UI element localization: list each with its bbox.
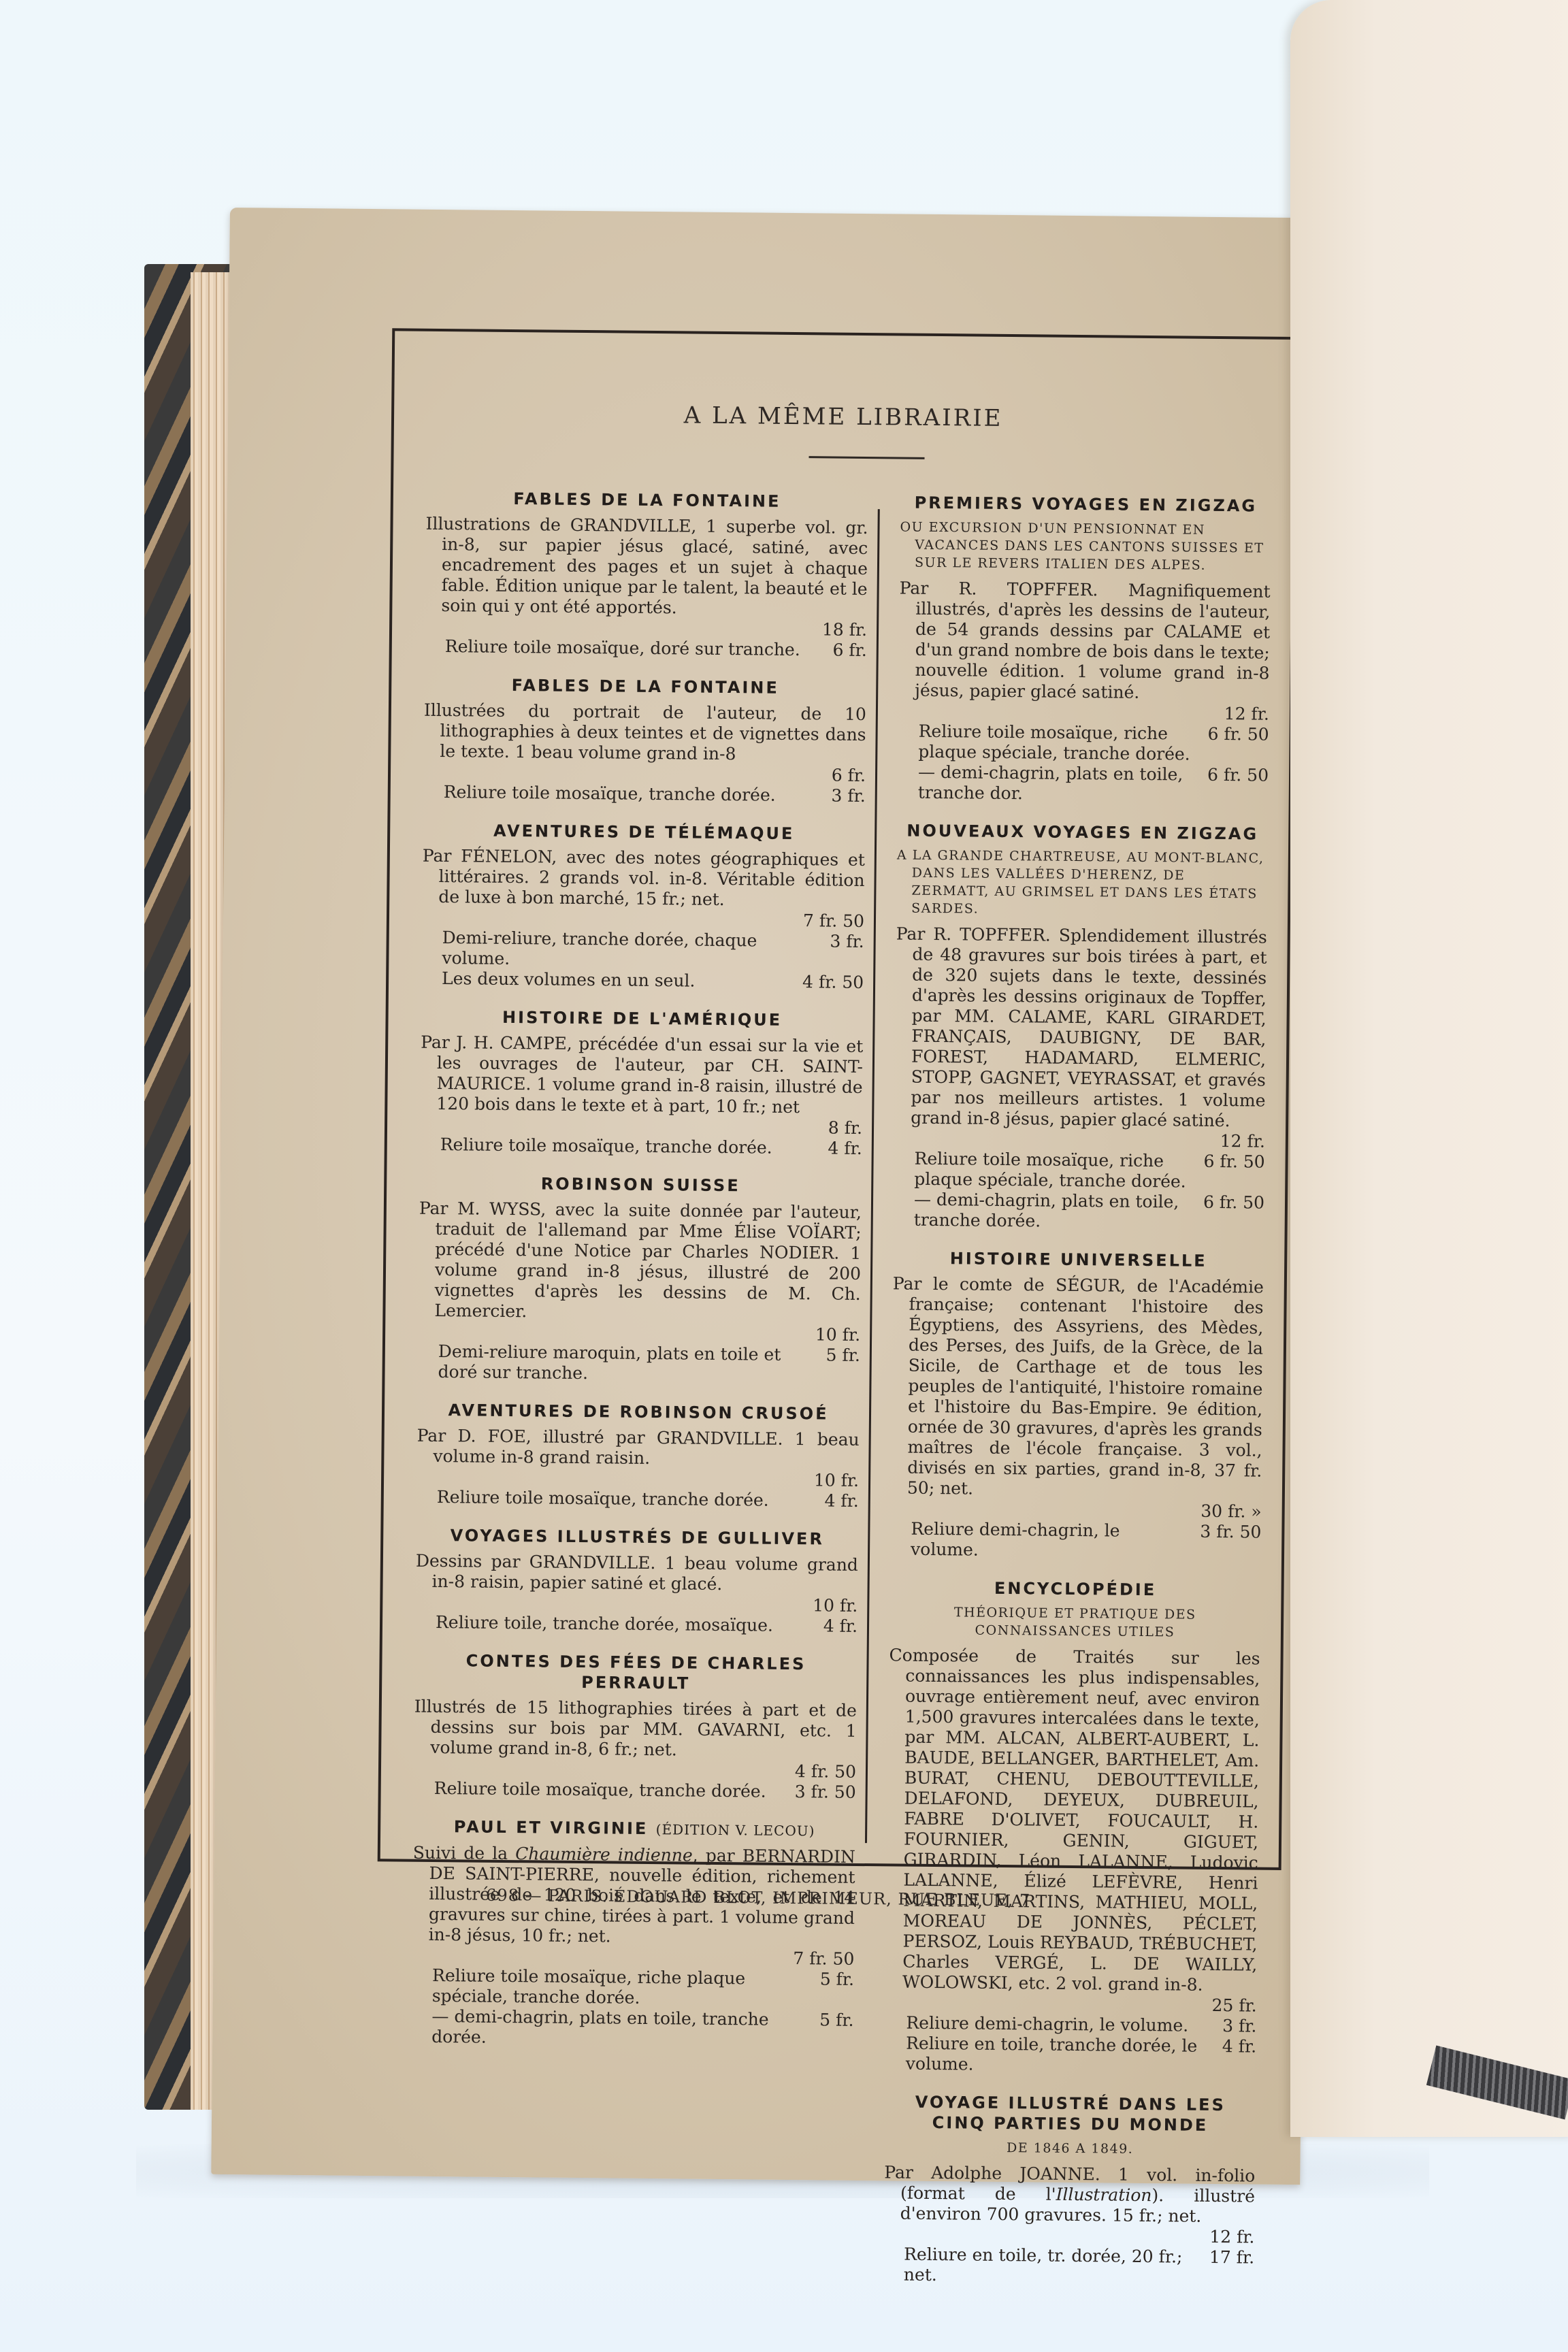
option-price: 6 fr. [823, 640, 867, 661]
binding-option: Reliure toile mosaïque, tranche dorée.3 … [423, 782, 866, 806]
option-label: Reliure toile mosaïque, riche plaque spé… [914, 1149, 1194, 1192]
entry-title: FABLES DE LA FONTAINE [426, 488, 868, 512]
entry-title: VOYAGES ILLUSTRÉS DE GULLIVER [416, 1525, 858, 1550]
option-price: 6 fr. 50 [1194, 1192, 1264, 1213]
entry-description: Dessins par GRANDVILLE. 1 beau volume gr… [415, 1551, 858, 1596]
entry-title: PREMIERS VOYAGES EN ZIGZAG [900, 492, 1271, 516]
entry-subtitle: A LA GRANDE CHARTREUSE, AU MONT-BLANC, D… [896, 846, 1268, 920]
entry-description: Par FÉNELON, avec des notes géographique… [422, 846, 865, 911]
entry-description: Illustrés de 15 lithographies tirées à p… [414, 1697, 857, 1762]
entry-title: HISTOIRE UNIVERSELLE [893, 1247, 1264, 1271]
option-label: Demi-reliure maroquin, plats en toile et… [438, 1341, 816, 1386]
option-label: — demi-chagrin, plats en toile, tranche … [918, 762, 1198, 806]
binding-option: Reliure toile mosaïque, riche plaque spé… [898, 721, 1269, 765]
entry-description: Par D. FOE, illustré par GRANDVILLE. 1 b… [416, 1426, 860, 1471]
entry-title: FABLES DE LA FONTAINE [424, 674, 866, 699]
entry-title: HISTOIRE DE L'AMÉRIQUE [421, 1007, 863, 1031]
binding-option: Reliure toile, tranche dorée, mosaïque.4… [415, 1612, 857, 1637]
option-label: Reliure toile mosaïque, tranche dorée. [440, 1134, 772, 1158]
option-price: 17 fr. [1200, 2247, 1254, 2268]
option-price: 5 fr. [816, 1345, 860, 1366]
entry-title: AVENTURES DE TÉLÉMAQUE [423, 820, 865, 845]
binding-option: Reliure toile mosaïque, tranche dorée.4 … [416, 1487, 859, 1512]
option-label: Reliure demi-chagrin, le volume. [911, 1519, 1191, 1563]
option-label: Reliure en toile, tr. dorée, 20 fr.; net… [904, 2244, 1200, 2288]
entry-title: CONTES DES FÉES DE CHARLES PERRAULT [414, 1650, 857, 1695]
header-rule [809, 456, 925, 459]
binding-option: Reliure toile mosaïque, doré sur tranche… [425, 636, 867, 661]
column-divider [865, 509, 880, 1843]
entry-subtitle: OU EXCURSION D'UN PENSIONNAT EN VACANCES… [900, 518, 1271, 574]
catalog-entry: ENCYCLOPÉDIE THÉORIQUE ET PRATIQUE DES C… [885, 1577, 1261, 2077]
option-price: 5 fr. [810, 2010, 854, 2031]
option-label: Reliure toile mosaïque, tranche dorée. [444, 782, 776, 806]
option-label: Demi-reliure, tranche dorée, chaque volu… [442, 928, 820, 972]
left-column: FABLES DE LA FONTAINE Illustrations de G… [411, 488, 868, 2069]
option-price: 6 fr. 50 [1198, 765, 1269, 786]
right-column: PREMIERS VOYAGES EN ZIGZAG OU EXCURSION … [883, 492, 1271, 2306]
catalog-entry: HISTOIRE DE L'AMÉRIQUE Par J. H. CAMPE, … [420, 1007, 864, 1159]
binding-option: — demi-chagrin, plats en toile, tranche … [411, 2006, 854, 2051]
binding-option: Les deux volumes en un seul.4 fr. 50 [421, 968, 864, 993]
binding-option: — demi-chagrin, plats en toile, tranche … [898, 762, 1269, 806]
catalog-entry: VOYAGES ILLUSTRÉS DE GULLIVER Dessins pa… [415, 1525, 858, 1637]
entry-description: Par le comte de SÉGUR, de l'Académie fra… [891, 1273, 1264, 1501]
binding-option: Demi-reliure maroquin, plats en toile et… [417, 1341, 860, 1386]
binding-option: — demi-chagrin, plats en toile, tranche … [894, 1189, 1265, 1233]
option-price: 4 fr. 50 [793, 972, 864, 993]
option-price: 5 fr. [811, 1969, 855, 1990]
binding-option: Demi-reliure, tranche dorée, chaque volu… [421, 928, 864, 973]
entry-description: Illustrations de GRANDVILLE, 1 superbe v… [425, 514, 868, 620]
catalog-entry: NOUVEAUX VOYAGES EN ZIGZAG A LA GRANDE C… [894, 820, 1269, 1233]
binding-option: Reliure toile mosaïque, riche plaque spé… [412, 1965, 855, 2010]
option-price: 6 fr. 50 [1194, 1151, 1264, 1173]
option-price: 3 fr. [820, 931, 864, 952]
catalog-entry: FABLES DE LA FONTAINE Illustrées du port… [423, 674, 867, 806]
option-label: — demi-chagrin, plats en toile, tranche … [431, 2006, 810, 2051]
option-label: Les deux volumes en un seul. [442, 968, 696, 992]
option-price: 4 fr. [1213, 2036, 1257, 2057]
option-price: 3 fr. [821, 785, 866, 806]
option-label: Reliure toile mosaïque, tranche dorée. [434, 1778, 766, 1802]
catalog-entry: FABLES DE LA FONTAINE Illustrations de G… [425, 488, 868, 661]
page-frame: A LA MÊME LIBRAIRIE FABLES DE LA FONTAIN… [378, 328, 1296, 1870]
entry-description: Par R. TOPFFER. Magnifiquement illustrés… [898, 578, 1271, 704]
option-label: Reliure demi-chagrin, le volume. [906, 2013, 1188, 2036]
entry-subtitle: DE 1846 A 1849. [885, 2138, 1256, 2159]
entry-title-note: (ÉDITION V. LECOU) [656, 1821, 815, 1839]
entry-description: Par M. WYSS, avec la suite donnée par l'… [418, 1198, 862, 1325]
page-header: A LA MÊME LIBRAIRIE [394, 399, 1292, 435]
option-price: 4 fr. [815, 1490, 859, 1512]
entry-subtitle: THÉORIQUE ET PRATIQUE DES CONNAISSANCES … [889, 1603, 1260, 1641]
binding-option: Reliure toile mosaïque, riche plaque spé… [894, 1148, 1265, 1192]
option-label: Reliure toile, tranche dorée, mosaïque. [436, 1612, 773, 1636]
binding-option: Reliure demi-chagrin, le volume.3 fr. 50 [890, 1518, 1262, 1563]
entry-title: ENCYCLOPÉDIE [889, 1577, 1260, 1601]
entry-description: Par J. H. CAMPE, précédée d'un essai sur… [420, 1032, 863, 1118]
catalog-entry: ROBINSON SUISSE Par M. WYSS, avec la sui… [417, 1173, 862, 1386]
entry-description: Composée de Traités sur les connaissance… [886, 1645, 1260, 1995]
catalog-entry: AVENTURES DE TÉLÉMAQUE Par FÉNELON, avec… [421, 820, 865, 993]
option-label: Reliure toile mosaïque, tranche dorée. [437, 1487, 769, 1511]
option-price: 3 fr. 50 [1190, 1522, 1261, 1543]
catalog-entry: PREMIERS VOYAGES EN ZIGZAG OU EXCURSION … [898, 492, 1271, 806]
binding-option: Reliure en toile, tr. dorée, 20 fr.; net… [883, 2244, 1255, 2288]
option-label: Reliure toile mosaïque, riche plaque spé… [918, 721, 1198, 765]
option-price: 3 fr. 50 [785, 1782, 856, 1803]
description-italic: Chaumière indienne [515, 1844, 693, 1865]
catalog-entry: AVENTURES DE ROBINSON CRUSOÉ Par D. FOE,… [416, 1400, 860, 1512]
entry-title: NOUVEAUX VOYAGES EN ZIGZAG [897, 820, 1268, 844]
option-price: 4 fr. [814, 1616, 858, 1637]
option-price: 4 fr. [818, 1138, 862, 1159]
entry-title: ROBINSON SUISSE [419, 1173, 862, 1197]
description-text: Suivi de la [413, 1843, 516, 1863]
description-italic: Illustration [1056, 2185, 1151, 2205]
option-price: 6 fr. 50 [1198, 724, 1269, 745]
binding-option: Reliure toile mosaïque, tranche dorée.3 … [414, 1778, 856, 1803]
option-price: 3 fr. [1213, 2016, 1257, 2037]
entry-title: PAUL ET VIRGINIE (ÉDITION V. LECOU) [413, 1816, 855, 1842]
option-label: Reliure toile mosaïque, riche plaque spé… [432, 1965, 811, 2010]
entry-title-text: PAUL ET VIRGINIE [454, 1817, 649, 1838]
entry-title: VOYAGE ILLUSTRÉ DANS LES CINQ PARTIES DU… [885, 2091, 1256, 2136]
entry-description: Illustrées du portrait de l'auteur, de 1… [423, 700, 866, 766]
catalog-page: A LA MÊME LIBRAIRIE FABLES DE LA FONTAIN… [211, 208, 1319, 2185]
binding-option: Reliure toile mosaïque, tranche dorée.4 … [420, 1134, 862, 1159]
catalog-entry: VOYAGE ILLUSTRÉ DANS LES CINQ PARTIES DU… [883, 2091, 1256, 2288]
catalog-entry: HISTOIRE UNIVERSELLE Par le comte de SÉG… [890, 1247, 1264, 1563]
option-label: — demi-chagrin, plats en toile, tranche … [914, 1190, 1194, 1233]
binding-option: Reliure en toile, tranche dorée, le volu… [885, 2033, 1257, 2077]
catalog-entry: CONTES DES FÉES DE CHARLES PERRAULT Illu… [414, 1650, 857, 1803]
option-label: Reliure toile mosaïque, doré sur tranche… [445, 636, 800, 660]
entry-title: AVENTURES DE ROBINSON CRUSOÉ [417, 1400, 860, 1424]
entry-description: Par Adolphe JOANNE. 1 vol. in-folio (for… [884, 2162, 1256, 2227]
facing-page [1290, 0, 1568, 2137]
option-label: Reliure en toile, tranche dorée, le volu… [906, 2033, 1213, 2077]
entry-description: Par R. TOPFFER. Splendidement illustrés … [894, 924, 1267, 1131]
catalog-entry: PAUL ET VIRGINIE (ÉDITION V. LECOU) Suiv… [411, 1816, 855, 2051]
